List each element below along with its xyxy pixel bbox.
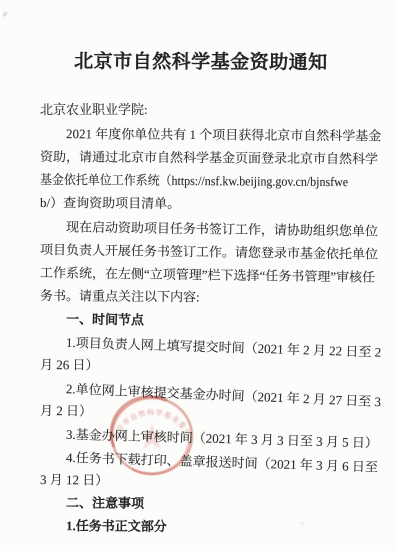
body-line: 资助，请通过北京市自然科学基金页面登录北京市自然科学 <box>40 147 362 169</box>
body-line: 工作系统，在左侧“立项管理”栏下选择“任务书管理”审核任 <box>40 263 362 287</box>
body-line: 现在启动资助项目任务书签订工作，请协助组织您单位 <box>40 217 362 241</box>
document-body: 北京市自然科学基金资助通知 北京农业职业学院: 2021 年度你单位共有 1 个… <box>40 0 362 539</box>
body-line-with-url: 基金依托单位工作系统（https://nsf.kw.beijing.gov.cn… <box>40 170 336 192</box>
body-line: 2021 年度你单位共有 1 个项目获得北京市自然科学基金 <box>40 124 362 146</box>
notes-item-1: 1.任务书正文部分 <box>40 516 362 538</box>
body-line: 务书。请重点关注以下内容: <box>40 286 362 309</box>
section-heading-timeline: 一、时间节点 <box>40 309 362 333</box>
timeline-item-4-continued: 3 月 12 日） <box>40 470 362 493</box>
section-heading-notes: 二、注意事项 <box>40 493 362 515</box>
body-line: b/）查询资助项目清单。 <box>40 193 362 215</box>
scan-artifact-speck <box>2 10 9 17</box>
scanned-notice-page: 北京市自然科学基金资助通知 北京农业职业学院: 2021 年度你单位共有 1 个… <box>0 0 395 551</box>
timeline-item-2-continued: 月 2 日） <box>40 401 362 424</box>
document-title: 北京市自然科学基金资助通知 <box>40 0 362 77</box>
body-line: 项目负责人开展任务书签订工作。请您登录市基金依托单位 <box>40 240 362 264</box>
timeline-item-1-continued: 月 26 日） <box>40 355 362 378</box>
salutation-line: 北京农业职业学院: <box>40 100 362 120</box>
